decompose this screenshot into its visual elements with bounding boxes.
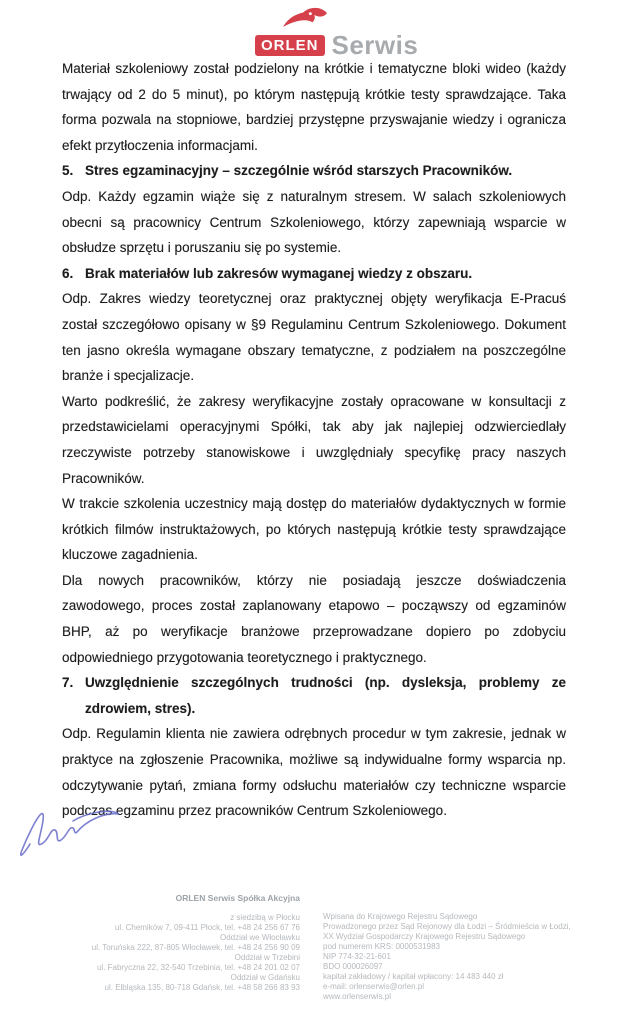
footer-address-line: ul. Toruńska 222, 87-805 Włocławek, tel.… <box>0 943 300 953</box>
footer-address-line: Oddział w Trzebini <box>0 953 300 963</box>
section-heading: 7.Uwzględnienie szczególnych trudności (… <box>62 670 566 721</box>
serwis-wordmark: Serwis <box>332 34 419 56</box>
section-number: 6. <box>62 261 85 287</box>
document-body: Materiał szkoleniowy został podzielony n… <box>62 56 566 824</box>
footer-registry-line: Prowadzonego przez Sąd Rejonowy dla Łodz… <box>323 922 613 932</box>
footer-registry-line: Wpisana do Krajowego Rejestru Sądowego <box>323 912 613 922</box>
footer-registry-line: BDO 000026097 <box>323 962 613 972</box>
section-number: 7. <box>62 670 85 696</box>
body-paragraph: Odp. Zakres wiedzy teoretycznej oraz pra… <box>62 286 566 388</box>
footer-registry-line: e-mail: orlenserwis@orlen.pl <box>323 982 613 992</box>
orlen-serwis-logo: ORLEN Serwis <box>0 0 624 58</box>
footer-address-line: ul. Chemików 7, 09-411 Płock, tel. +48 2… <box>0 923 300 933</box>
footer-registry-line: XX Wydział Gospodarczy Krajowego Rejestr… <box>323 932 613 942</box>
section-heading-text: Uwzględnienie szczególnych trudności (np… <box>85 675 566 716</box>
body-paragraph: Odp. Każdy egzamin wiąże się z naturalny… <box>62 184 566 261</box>
body-paragraph: Warto podkreślić, że zakresy weryfikacyj… <box>62 389 566 491</box>
footer-registry-list: Wpisana do Krajowego Rejestru SądowegoPr… <box>323 912 613 1002</box>
body-paragraph: W trakcie szkolenia uczestnicy mają dost… <box>62 491 566 568</box>
signature <box>16 804 128 868</box>
footer-address-line: Oddział w Gdańsku <box>0 973 300 983</box>
footer-registry-block: Wpisana do Krajowego Rejestru SądowegoPr… <box>323 912 613 1002</box>
section-heading-text: Brak materiałów lub zakresów wymaganej w… <box>85 266 472 281</box>
section-number: 5. <box>62 158 85 184</box>
footer-address-line: ul. Elbląska 135, 80-718 Gdańsk, tel. +4… <box>0 983 300 993</box>
footer-registry-line: www.orlenserwis.pl <box>323 992 613 1002</box>
footer-company-block: ORLEN Serwis Spółka Akcyjna z siedzibą w… <box>0 893 300 993</box>
document-page: ORLEN Serwis Materiał szkoleniowy został… <box>0 0 624 1024</box>
footer-registry-line: pod numerem KRS: 0000531983 <box>323 942 613 952</box>
body-paragraph: Dla nowych pracowników, którzy nie posia… <box>62 568 566 670</box>
footer-registry-line: NIP 774-32-21-601 <box>323 952 613 962</box>
footer-address-list: z siedzibą w Płockuul. Chemików 7, 09-41… <box>0 913 300 993</box>
footer-registry-line: kapitał zakładowy / kapitał wpłacony: 14… <box>323 972 613 982</box>
footer-address-line: ul. Fabryczna 22, 32-540 Trzebinia, tel.… <box>0 963 300 973</box>
body-paragraph: Odp. Regulamin klienta nie zawiera odręb… <box>62 721 566 823</box>
section-heading-text: Stres egzaminacyjny – szczególnie wśród … <box>85 163 512 178</box>
section-heading: 6.Brak materiałów lub zakresów wymaganej… <box>62 261 566 287</box>
orlen-eagle-icon <box>281 4 329 34</box>
section-heading: 5.Stres egzaminacyjny – szczególnie wśró… <box>62 158 566 184</box>
body-paragraph: Materiał szkoleniowy został podzielony n… <box>62 56 566 158</box>
footer-address-line: Oddział we Włocławku <box>0 933 300 943</box>
orlen-wordmark: ORLEN <box>255 35 325 56</box>
footer-address-line: z siedzibą w Płocku <box>0 913 300 923</box>
footer-company-name: ORLEN Serwis Spółka Akcyjna <box>0 893 300 903</box>
